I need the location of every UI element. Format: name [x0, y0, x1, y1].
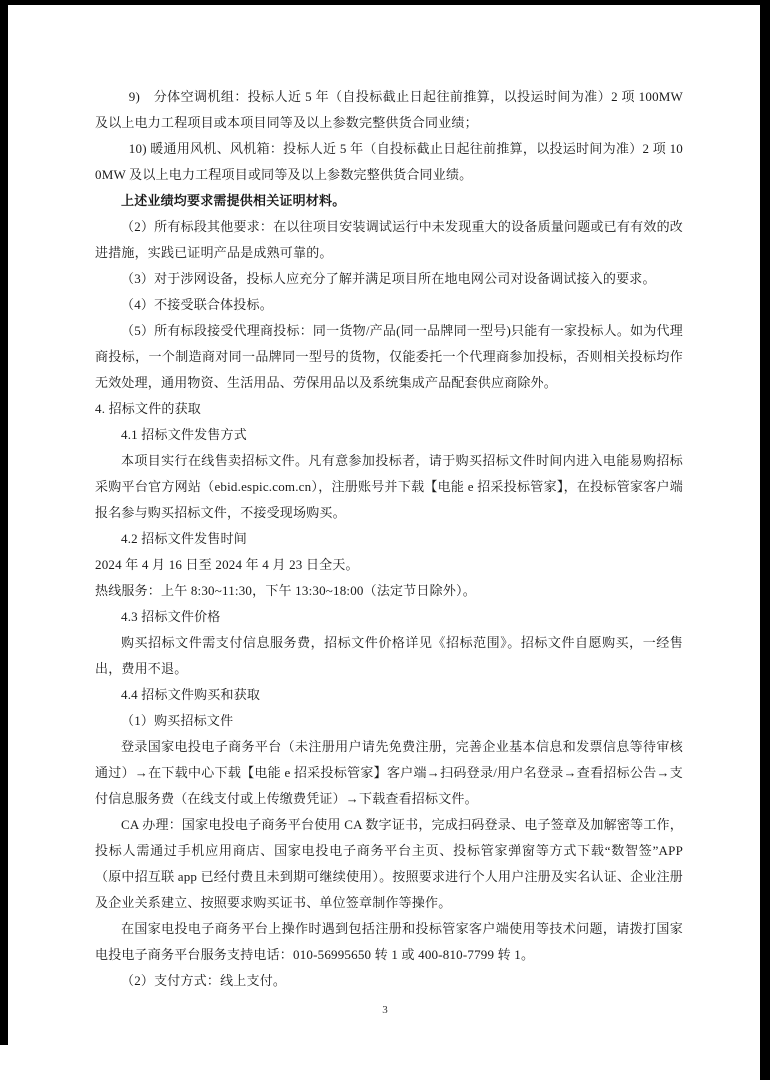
clause-2-other-requirements: （2）所有标段其他要求：在以往项目安装调试运行中未发现重大的设备质量问题或已有有…: [95, 214, 683, 266]
document-page: 9) 分体空调机组：投标人近 5 年（自投标截止日起往前推算，以投运时间为准）2…: [0, 0, 770, 1080]
section-4-1-body: 本项目实行在线售卖招标文件。凡有意参加投标者，请于购买招标文件时间内进入电能易购…: [95, 448, 683, 526]
section-4-3-heading: 4.3 招标文件价格: [95, 604, 683, 630]
section-4-2-heading: 4.2 招标文件发售时间: [95, 526, 683, 552]
payment-method: （2）支付方式：线上支付。: [95, 968, 683, 994]
scan-border-left: [0, 0, 8, 1045]
section-4-1-heading: 4.1 招标文件发售方式: [95, 422, 683, 448]
document-body: 9) 分体空调机组：投标人近 5 年（自投标截止日起往前推算，以投运时间为准）2…: [95, 84, 683, 994]
performance-proof-note: 上述业绩均要求需提供相关证明材料。: [95, 188, 683, 214]
purchase-step-1-heading: （1）购买招标文件: [95, 708, 683, 734]
clause-5-agent-bidding: （5）所有标段接受代理商投标：同一货物/产品(同一品牌同一型号)只能有一家投标人…: [95, 318, 683, 396]
section-4-heading: 4. 招标文件的获取: [95, 396, 683, 422]
sale-dates: 2024 年 4 月 16 日至 2024 年 4 月 23 日全天。: [95, 552, 683, 578]
section-4-3-body: 购买招标文件需支付信息服务费，招标文件价格详见《招标范围》。招标文件自愿购买，一…: [95, 630, 683, 682]
page-number: 3: [0, 1002, 770, 1018]
item-9-clause: 9) 分体空调机组：投标人近 5 年（自投标截止日起往前推算，以投运时间为准）2…: [95, 84, 683, 136]
clause-3-grid-equipment: （3）对于涉网设备，投标人应充分了解并满足项目所在地电网公司对设备调试接入的要求…: [95, 266, 683, 292]
scan-border-top: [0, 0, 770, 5]
item-10-clause: 10) 暖通用风机、风机箱：投标人近 5 年（自投标截止日起往前推算，以投运时间…: [95, 136, 683, 188]
scan-border-right: [760, 0, 770, 1080]
clause-4-no-consortium: （4）不接受联合体投标。: [95, 292, 683, 318]
ca-procedure: CA 办理：国家电投电子商务平台使用 CA 数字证书，完成扫码登录、电子签章及加…: [95, 812, 683, 916]
support-phone-note: 在国家电投电子商务平台上操作时遇到包括注册和投标管家客户端使用等技术问题，请拨打…: [95, 916, 683, 968]
purchase-procedure: 登录国家电投电子商务平台（未注册用户请先免费注册，完善企业基本信息和发票信息等待…: [95, 734, 683, 812]
hotline-hours: 热线服务：上午 8:30~11:30，下午 13:30~18:00（法定节日除外…: [95, 578, 683, 604]
section-4-4-heading: 4.4 招标文件购买和获取: [95, 682, 683, 708]
